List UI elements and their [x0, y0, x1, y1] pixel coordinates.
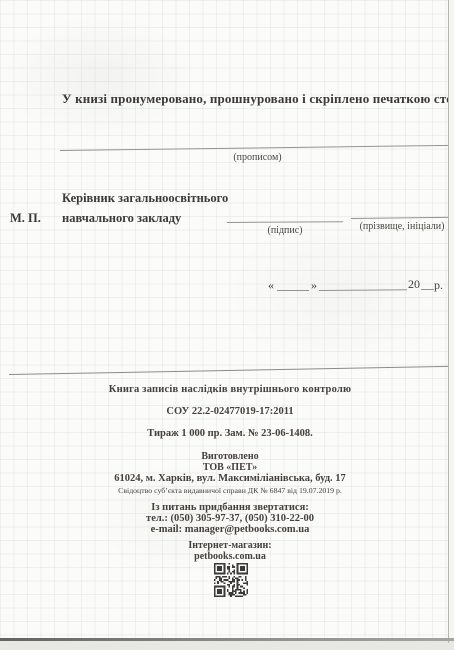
purchase-phones: тел.: (050) 305-97-37, (050) 310-22-00 — [12, 513, 448, 524]
print-run: Тираж 1 000 пр. Зам. № 23-06-1408. — [12, 428, 448, 439]
scan-bottom-margin — [0, 641, 454, 650]
scan-page-right-edge — [448, 0, 449, 643]
date-year-prefix: 20 — [408, 278, 420, 292]
produced-label: Виготовлено — [12, 451, 448, 462]
date-year-rule — [421, 289, 434, 290]
propysom-caption: (прописом) — [195, 152, 320, 163]
publisher-address: 61024, м. Харків, вул. Максиміліанівська… — [12, 473, 448, 484]
publisher-name: ТОВ «ПЕТ» — [12, 462, 448, 473]
head-title-line1: Керівник загальноосвітнього — [62, 191, 228, 205]
purchase-email: e-mail: manager@petbooks.com.ua — [12, 524, 448, 535]
date-quote-close: » — [311, 279, 317, 293]
name-caption: (прізвище, ініціали) — [352, 221, 452, 232]
standard-code: СОУ 22.2-02477019-17:2011 — [12, 406, 448, 417]
certification-text: У книзі пронумеровано, прошнуровано і ск… — [62, 92, 454, 107]
shop-website: petbooks.com.ua — [12, 551, 448, 562]
date-year-suffix: р. — [434, 279, 443, 293]
shop-label: Інтернет-магазин: — [12, 540, 448, 551]
name-rule — [351, 217, 454, 219]
scanned-book-back-page: У книзі пронумеровано, прошнуровано і ск… — [0, 0, 454, 650]
scan-right-margin — [449, 0, 454, 650]
colophon-separator-rule — [9, 366, 450, 375]
signature-caption: (підпис) — [227, 225, 343, 236]
purchase-label: Із питань придбання звертатися: — [12, 502, 448, 513]
propysom-rule — [60, 145, 454, 151]
date-month-rule — [319, 289, 407, 291]
head-title-line2: навчального закладу — [62, 211, 181, 225]
date-day-rule — [277, 290, 309, 291]
qr-code-icon — [214, 563, 248, 597]
scan-page-bottom-edge — [0, 638, 454, 641]
stamp-place-label: М. П. — [10, 211, 41, 225]
publisher-certificate: Свідоцтво суб’єкта видавничої справи ДК … — [12, 486, 448, 495]
date-quote-open: « — [268, 279, 274, 293]
scan-page-top-edge — [0, 0, 454, 2]
book-title: Книга записів наслідків внутрішнього кон… — [12, 384, 448, 395]
signature-rule — [227, 221, 343, 223]
